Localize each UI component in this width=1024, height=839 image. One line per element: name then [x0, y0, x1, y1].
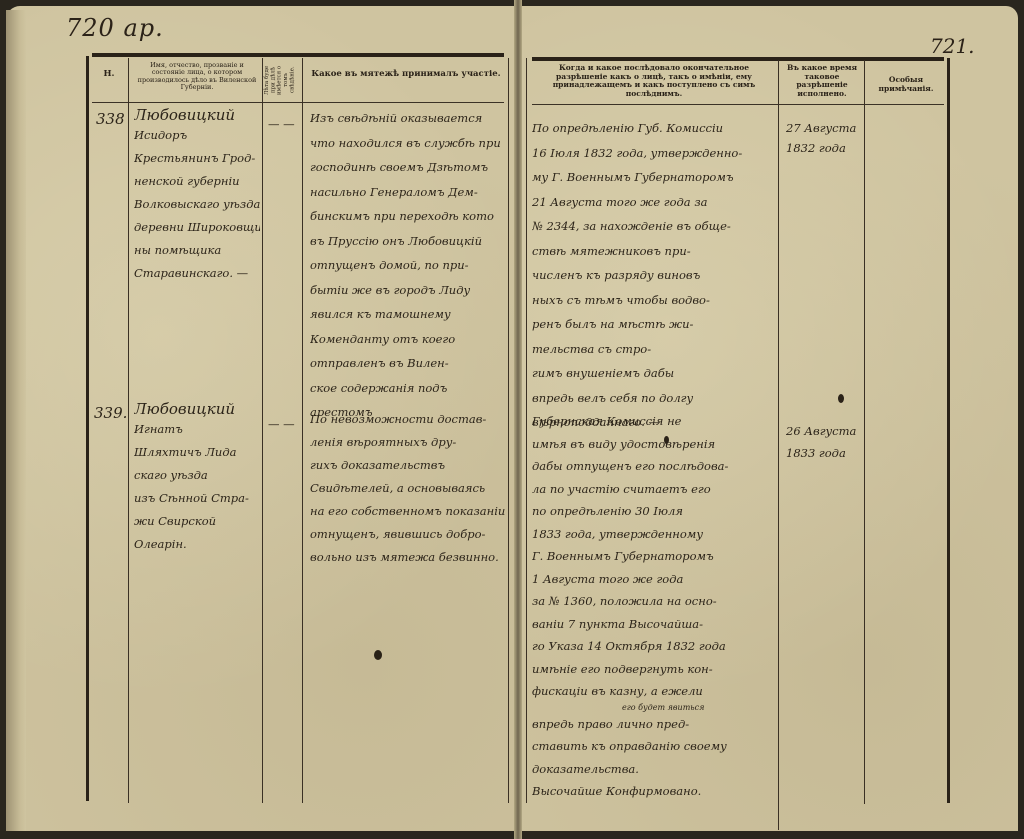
ink-blot: [838, 394, 844, 403]
text-line: Г. Военнымъ Губернаторомъ: [532, 545, 776, 568]
text-line: насильно Генераломъ Дем-: [310, 180, 506, 205]
header-years: Лѣта буде при дѣлѣ имѣется о томъ свѣдѣн…: [264, 60, 300, 100]
page-edge: [6, 10, 26, 831]
text-line: 1 Августа того же года: [532, 568, 776, 591]
text-line: ское содержанія подъ: [310, 376, 506, 401]
entry-resolution: Губернская Комиссія не имѣя въ виду удос…: [532, 410, 776, 803]
text-line: Высочайше Конфирмовано.: [532, 780, 776, 803]
text-line: ствѣ мятежниковъ при-: [532, 239, 776, 264]
text-line: отнущенъ, явившись добро-: [310, 523, 506, 546]
col-divider: [262, 58, 263, 803]
date-line: 26 Августа: [786, 420, 862, 442]
entry-status-line: деревни Широковщиз-: [134, 216, 260, 239]
entry-status-line: жи Свирской: [134, 510, 260, 533]
entry-participation: По невозможности достав- ленія вѣроятных…: [310, 408, 506, 569]
text-line: ваніи 7 пункта Высочайша-: [532, 613, 776, 636]
text-line: 16 Іюля 1832 года, утвержденно-: [532, 141, 776, 166]
entry-status-line: изъ Сѣнной Стра-: [134, 487, 260, 510]
entry-name-block: Любовицкий Игнатъ Шляхтичъ Лида скаго уѣ…: [134, 400, 260, 556]
date-line: 27 Августа: [786, 118, 862, 138]
text-line-interlinear: его будет явиться: [532, 703, 776, 713]
header-number: Н.: [92, 70, 126, 80]
text-line: отпущенъ домой, по при-: [310, 253, 506, 278]
table-border-right: [947, 58, 950, 803]
header-rule-right: [532, 104, 944, 105]
text-line: имѣніе его подвергнуть кон-: [532, 658, 776, 681]
col-divider: [508, 58, 509, 803]
entry-name-block: Любовицкий Исидоръ Крестьянинъ Грод- нен…: [134, 106, 260, 285]
entry-firstname: Игнатъ: [134, 418, 260, 441]
text-line: господинѣ своемъ Дзѣтомъ: [310, 155, 506, 180]
date-line: 1832 года: [786, 138, 862, 158]
entry-participation: Изъ свѣдѣній оказывается что находился в…: [310, 106, 506, 425]
folio-number-left: 720 ap.: [66, 14, 164, 42]
text-line: дабы отпущенъ его послѣдова-: [532, 455, 776, 478]
col-divider: [526, 58, 527, 803]
entry-status-line: ны помѣщика: [134, 239, 260, 262]
entry-surname: Любовицкий: [134, 400, 260, 418]
text-line: 1833 года, утвержденному: [532, 523, 776, 546]
col-divider: [302, 58, 303, 803]
text-line: впредь велъ себя по долгу: [532, 386, 776, 411]
text-line: гимъ внушеніемъ дабы: [532, 361, 776, 386]
entry-status-line: Волковыскаго уѣзда: [134, 193, 260, 216]
entry-years: — —: [268, 412, 295, 437]
header-name: Имя, отчество, прозваніе и состояніе лиц…: [134, 62, 260, 92]
folio-number-right: 721.: [930, 34, 975, 58]
text-line: 21 Августа того же года за: [532, 190, 776, 215]
entry-number: 339.: [94, 404, 127, 422]
entry-executed-date: 26 Августа 1833 года: [786, 420, 862, 464]
text-line: По невозможности достав-: [310, 408, 506, 431]
col-divider: [128, 58, 129, 803]
text-line: ленія вѣроятныхъ дру-: [310, 431, 506, 454]
entry-status-line: Шляхтичъ Лида: [134, 441, 260, 464]
book-gutter: [514, 0, 522, 839]
text-line: вольно изъ мятежа безвинно.: [310, 546, 506, 569]
text-line: Коменданту отъ коего: [310, 327, 506, 352]
text-line: Свидѣтелей, а основываясь: [310, 477, 506, 500]
text-line: № 2344, за нахожденіе въ обще-: [532, 214, 776, 239]
entry-status-line: ненской губерніи: [134, 170, 260, 193]
text-line: му Г. Военнымъ Губернаторомъ: [532, 165, 776, 190]
table-top-rule-right: [532, 57, 944, 61]
text-line: По опредѣленію Губ. Комиссіи: [532, 116, 776, 141]
text-line: бинскимъ при переходѣ кото: [310, 204, 506, 229]
header-executed: Въ какое время таковое разрѣшеніе исполн…: [781, 64, 863, 99]
text-line: го Указа 14 Октября 1832 года: [532, 635, 776, 658]
col-divider: [864, 60, 865, 804]
entry-years: — —: [268, 112, 295, 137]
text-line: отправленъ въ Вилен-: [310, 351, 506, 376]
header-resolution: Когда и какое послѣдовало окончательное …: [532, 64, 776, 99]
ink-blot: [664, 436, 669, 444]
text-line: по опредѣленію 30 Іюля: [532, 500, 776, 523]
header-notes: Особыя примѣчанія.: [867, 76, 945, 93]
text-line: бытіи же въ городъ Лиду: [310, 278, 506, 303]
header-participation: Какое въ мятежѣ принималъ участіе.: [306, 70, 506, 80]
entry-resolution: По опредѣленію Губ. Комиссіи 16 Іюля 183…: [532, 116, 776, 435]
entry-status-line: Старавинскаго. —: [134, 262, 260, 285]
text-line: фискаціи въ казну, а ежели: [532, 680, 776, 703]
text-line: имѣя въ виду удостовѣренія: [532, 433, 776, 456]
entry-firstname: Исидоръ: [134, 124, 260, 147]
text-line: на его собственномъ показаніи: [310, 500, 506, 523]
text-line: Изъ свѣдѣній оказывается: [310, 106, 506, 131]
table-border-left: [86, 56, 89, 801]
text-line: доказательства.: [532, 758, 776, 781]
entry-status-line: Олеарін.: [134, 533, 260, 556]
date-line: 1833 года: [786, 442, 862, 464]
text-line: ла по участію считаетъ его: [532, 478, 776, 501]
text-line: въ Пруссію онъ Любовицкій: [310, 229, 506, 254]
text-line: за № 1360, положила на осно-: [532, 590, 776, 613]
text-line: гихъ доказательствъ: [310, 454, 506, 477]
text-line: тельства съ стро-: [532, 337, 776, 362]
text-line: ныхъ съ тѣмъ чтобы водво-: [532, 288, 776, 313]
entry-status-line: Крестьянинъ Грод-: [134, 147, 260, 170]
text-line: явился къ тамошнему: [310, 302, 506, 327]
ink-blot: [374, 650, 382, 660]
table-top-rule-left: [92, 53, 504, 57]
entry-status-line: скаго уѣзда: [134, 464, 260, 487]
text-line: ставить къ оправданію своему: [532, 735, 776, 758]
text-line: впредь право лично пред-: [532, 713, 776, 736]
text-line: ренъ былъ на мѣстѣ жи-: [532, 312, 776, 337]
header-rule-left: [92, 102, 504, 103]
entry-number: 338: [96, 110, 125, 128]
text-line: численъ къ разряду виновъ: [532, 263, 776, 288]
col-divider: [778, 60, 779, 830]
text-line: Губернская Комиссія не: [532, 410, 776, 433]
entry-executed-date: 27 Августа 1832 года: [786, 118, 862, 158]
entry-surname: Любовицкий: [134, 106, 260, 124]
text-line: что находился въ службѣ при: [310, 131, 506, 156]
